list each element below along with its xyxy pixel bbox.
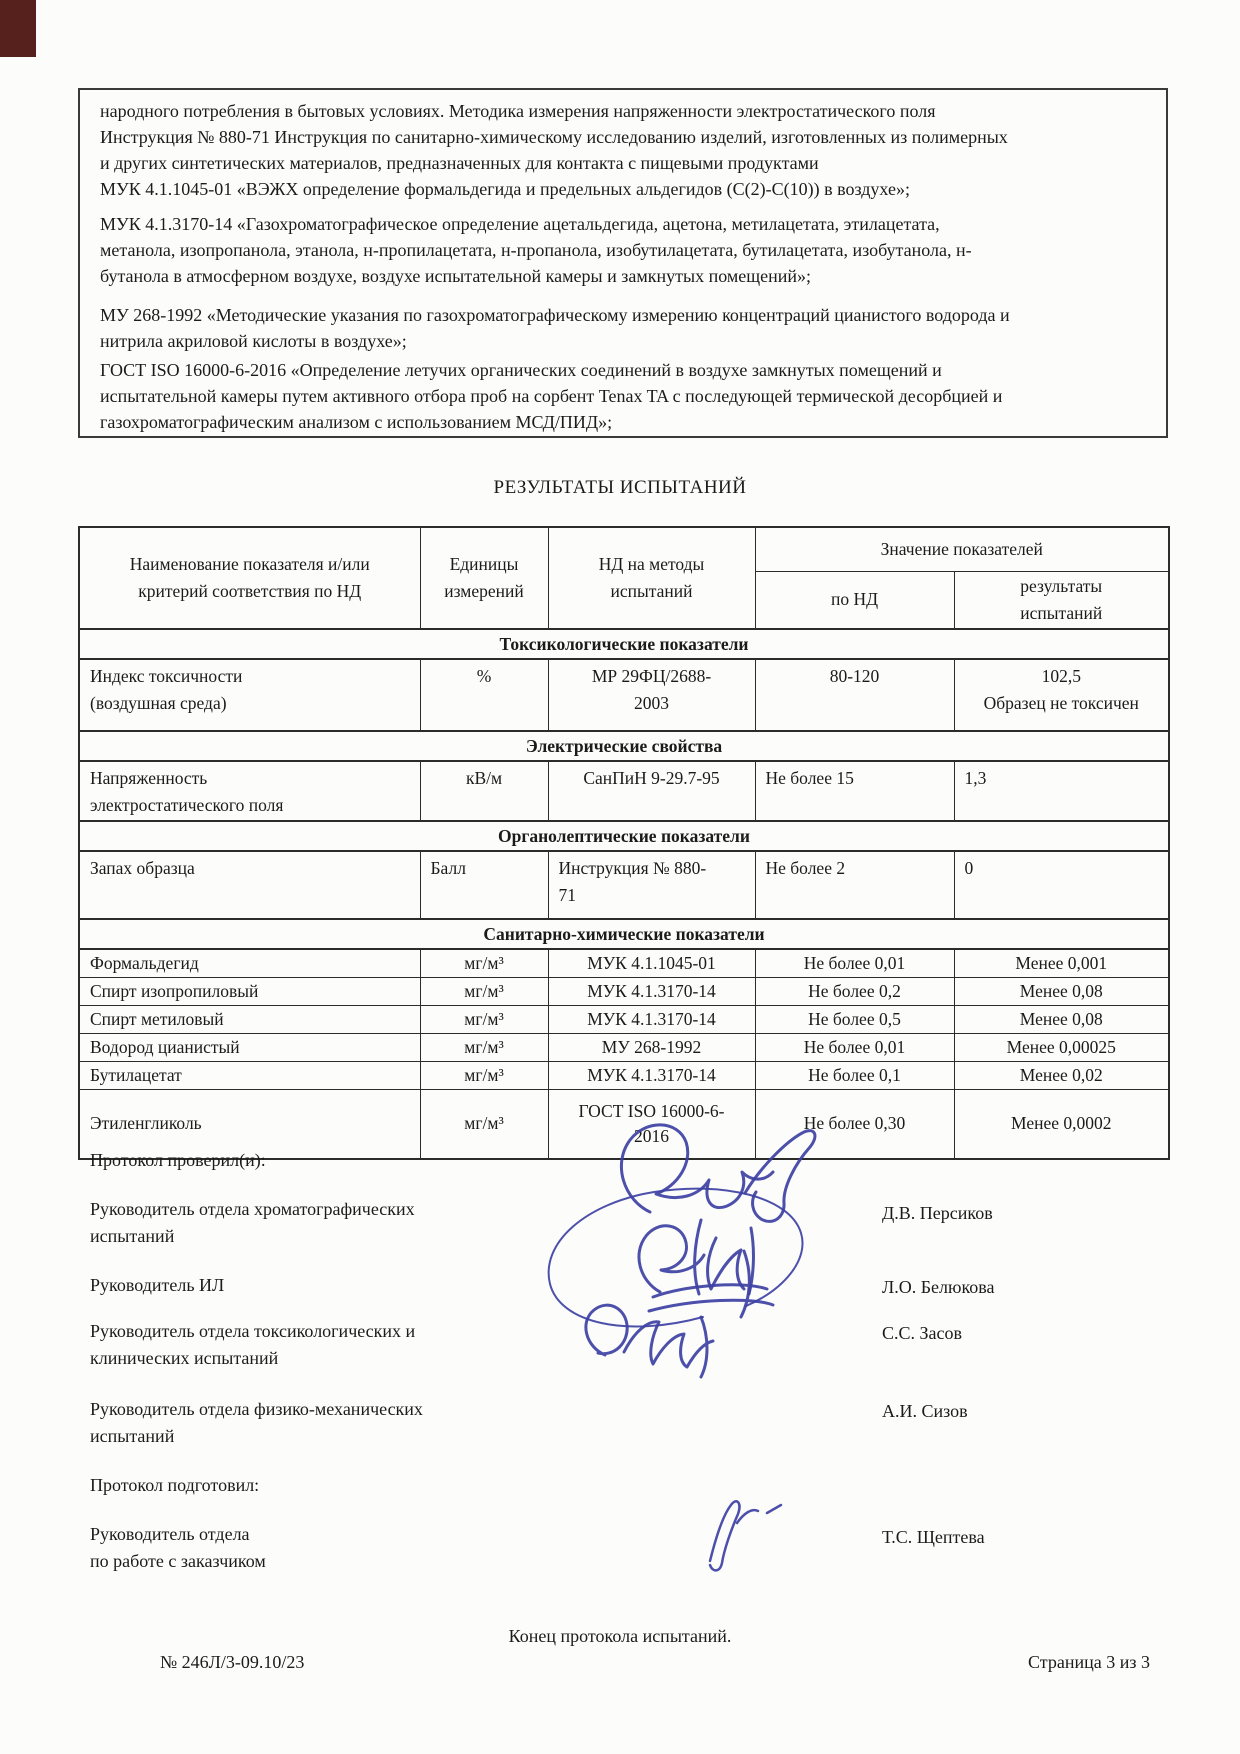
row-result: Менее 0,00025 — [954, 1033, 1169, 1061]
row-norm: Не более 0,01 — [755, 949, 954, 978]
table-row: Спирт метиловый мг/м³ МУК 4.1.3170-14 Не… — [79, 1005, 1169, 1033]
row-method: СанПиН 9-29.7-95 — [548, 761, 755, 821]
table-row: Водород цианистый мг/м³ МУ 268-1992 Не б… — [79, 1033, 1169, 1061]
row-norm: Не более 15 — [755, 761, 954, 821]
table-row: Бутилацетат мг/м³ МУК 4.1.3170-14 Не бол… — [79, 1061, 1169, 1089]
signoff-name-zasov: С.С. Засов — [882, 1320, 962, 1347]
section-title-toxicology: Токсикологические показатели — [79, 629, 1169, 659]
row-name: Напряженность электростатического поля — [79, 761, 420, 821]
results-title: РЕЗУЛЬТАТЫ ИСПЫТАНИЙ — [0, 477, 1240, 499]
row-method: МР 29ФЦ/2688- 2003 — [548, 659, 755, 731]
signoff-role-lab-head: Руководитель ИЛ — [90, 1272, 224, 1299]
col-header-norm: по НД — [755, 571, 954, 629]
signoff-name-sizov: А.И. Сизов — [882, 1398, 968, 1425]
signoff-role-chromatography: Руководитель отдела хроматографических и… — [90, 1196, 415, 1250]
methods-text-box: народного потребления в бытовых условиях… — [78, 88, 1168, 438]
document-number: № 246Л/3-09.10/23 — [160, 1652, 304, 1673]
scan-corner-rect — [0, 0, 36, 57]
row-unit: мг/м³ — [420, 949, 548, 978]
methods-paragraph-2: МУК 4.1.3170-14 «Газохроматографическое … — [100, 211, 1150, 289]
row-norm: 80-120 — [755, 659, 954, 731]
row-method: МУК 4.1.3170-14 — [548, 1005, 755, 1033]
row-method: МУК 4.1.3170-14 — [548, 1061, 755, 1089]
row-result: 1,3 — [954, 761, 1169, 821]
signoff-role-physico-mechanical: Руководитель отдела физико-механических … — [90, 1396, 423, 1450]
results-table: Наименование показателя и/или критерий с… — [78, 526, 1170, 1160]
row-norm: Не более 0,5 — [755, 1005, 954, 1033]
methods-paragraph-1: народного потребления в бытовых условиях… — [100, 98, 1150, 202]
row-norm: Не более 2 — [755, 851, 954, 919]
col-header-result: результаты испытаний — [954, 571, 1169, 629]
row-name: Запах образца — [79, 851, 420, 919]
row-result: Менее 0,02 — [954, 1061, 1169, 1089]
row-method: ГОСТ ISO 16000-6- 2016 — [548, 1089, 755, 1159]
row-unit: мг/м³ — [420, 1005, 548, 1033]
signature-belyukova — [639, 1220, 754, 1294]
scan-corner-mark — [0, 0, 60, 80]
row-name: Бутилацетат — [79, 1061, 420, 1089]
table-row: Напряженность электростатического поля к… — [79, 761, 1169, 821]
page-number: Страница 3 из 3 — [1028, 1652, 1150, 1673]
section-title-organoleptic: Органолептические показатели — [79, 821, 1169, 851]
signatures-ink-group — [549, 1125, 815, 1571]
col-header-values-group: Значение показателей — [755, 527, 1169, 571]
row-unit: Балл — [420, 851, 548, 919]
row-unit: кВ/м — [420, 761, 548, 821]
signoff-name-persikov: Д.В. Персиков — [882, 1200, 993, 1227]
table-row: Запах образца Балл Инструкция № 880- 71 … — [79, 851, 1169, 919]
row-name: Спирт метиловый — [79, 1005, 420, 1033]
row-norm: Не более 0,2 — [755, 977, 954, 1005]
col-header-name: Наименование показателя и/или критерий с… — [79, 527, 420, 629]
signoff-name-shchepteva: Т.С. Щептева — [882, 1524, 985, 1551]
end-of-protocol-text: Конец протокола испытаний. — [0, 1626, 1240, 1647]
row-result: Менее 0,001 — [954, 949, 1169, 978]
row-result: Менее 0,0002 — [954, 1089, 1169, 1159]
section-title-electrical: Электрические свойства — [79, 731, 1169, 761]
row-name: Формальдегид — [79, 949, 420, 978]
signature-zasov-oval — [549, 1189, 803, 1327]
table-row: Формальдегид мг/м³ МУК 4.1.1045-01 Не бо… — [79, 949, 1169, 978]
row-name: Спирт изопропиловый — [79, 977, 420, 1005]
row-unit: мг/м³ — [420, 1089, 548, 1159]
row-name: Индекс токсичности (воздушная среда) — [79, 659, 420, 731]
signoff-role-toxicology: Руководитель отдела токсикологических и … — [90, 1318, 415, 1372]
protocol-checked-label: Протокол проверил(и): — [90, 1147, 266, 1174]
row-result: 0 — [954, 851, 1169, 919]
row-result: Менее 0,08 — [954, 1005, 1169, 1033]
protocol-prepared-label: Протокол подготовил: — [90, 1472, 259, 1499]
row-norm: Не более 0,01 — [755, 1033, 954, 1061]
table-row: Индекс токсичности (воздушная среда) % М… — [79, 659, 1169, 731]
signoff-name-belyukova: Л.О. Белюкова — [882, 1274, 995, 1301]
signature-sizov — [586, 1305, 713, 1377]
row-unit: мг/м³ — [420, 1033, 548, 1061]
row-result: Менее 0,08 — [954, 977, 1169, 1005]
signoff-role-client-relations: Руководитель отдела по работе с заказчик… — [90, 1521, 266, 1575]
row-norm: Не более 0,30 — [755, 1089, 954, 1159]
signature-zasov — [649, 1251, 773, 1317]
section-title-sanitary-chemical: Санитарно-химические показатели — [79, 919, 1169, 949]
protocol-scan-page: народного потребления в бытовых условиях… — [0, 0, 1240, 1754]
row-norm: Не более 0,1 — [755, 1061, 954, 1089]
row-unit: % — [420, 659, 548, 731]
row-method: МУК 4.1.1045-01 — [548, 949, 755, 978]
row-unit: мг/м³ — [420, 1061, 548, 1089]
row-unit: мг/м³ — [420, 977, 548, 1005]
signature-shchepteva — [710, 1501, 781, 1570]
row-result: 102,5 Образец не токсичен — [954, 659, 1169, 731]
table-row: Спирт изопропиловый мг/м³ МУК 4.1.3170-1… — [79, 977, 1169, 1005]
row-method: Инструкция № 880- 71 — [548, 851, 755, 919]
methods-paragraph-3: МУ 268-1992 «Методические указания по га… — [100, 302, 1150, 354]
row-method: МУК 4.1.3170-14 — [548, 977, 755, 1005]
col-header-units: Единицы измерений — [420, 527, 548, 629]
col-header-method: НД на методы испытаний — [548, 527, 755, 629]
row-name: Водород цианистый — [79, 1033, 420, 1061]
row-method: МУ 268-1992 — [548, 1033, 755, 1061]
methods-paragraph-4: ГОСТ ISO 16000-6-2016 «Определение летуч… — [100, 357, 1150, 435]
